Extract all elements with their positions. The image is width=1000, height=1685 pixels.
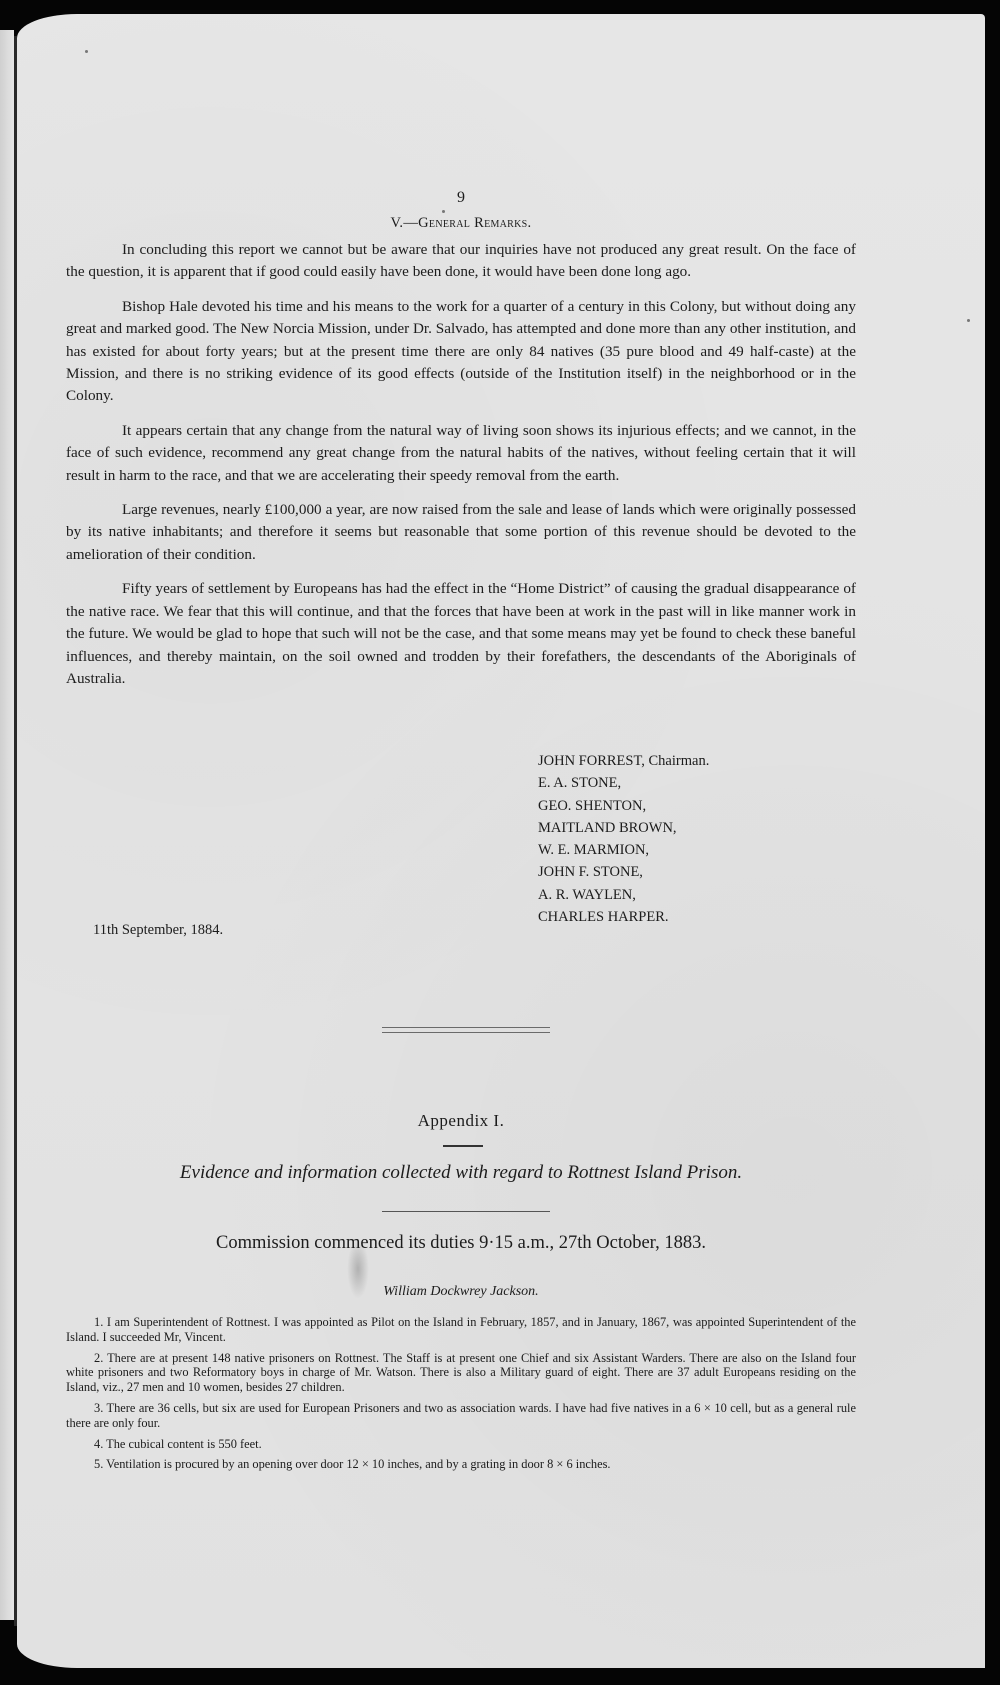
section-divider xyxy=(382,1027,550,1033)
signatory: JOHN FORREST, Chairman. xyxy=(538,750,709,772)
evidence-item: 1. I am Superintendent of Rottnest. I wa… xyxy=(66,1315,856,1345)
signatory: A. R. WAYLEN, xyxy=(538,884,709,906)
paragraph: Fifty years of settlement by Europeans h… xyxy=(66,578,856,690)
commission-line: Commission commenced its duties 9·15 a.m… xyxy=(66,1233,856,1254)
paragraph: Large revenues, nearly £100,000 a year, … xyxy=(66,499,856,566)
signatory: CHARLES HARPER. xyxy=(538,906,709,928)
signatory: W. E. MARMION, xyxy=(538,839,709,861)
signatory: MAITLAND BROWN, xyxy=(538,817,709,839)
paragraph: In concluding this report we cannot but … xyxy=(66,239,856,284)
appendix-title: Appendix I. xyxy=(66,1111,856,1131)
page-number: 9 xyxy=(66,189,856,207)
scan-speck xyxy=(967,319,970,322)
scan-speck xyxy=(442,210,445,213)
section-title: V.—General Remarks. xyxy=(66,215,856,232)
signatory-list: JOHN FORREST, Chairman. E. A. STONE, GEO… xyxy=(538,750,709,928)
report-date: 11th September, 1884. xyxy=(93,922,223,939)
title-rule xyxy=(443,1145,483,1147)
subtitle-rule xyxy=(382,1211,550,1212)
evidence-item: 5. Ventilation is procured by an opening… xyxy=(66,1457,856,1472)
signatory: JOHN F. STONE, xyxy=(538,861,709,883)
evidence-item: 4. The cubical content is 550 feet. xyxy=(66,1437,856,1452)
signatory: GEO. SHENTON, xyxy=(538,795,709,817)
signatory: E. A. STONE, xyxy=(538,772,709,794)
general-remarks-body: In concluding this report we cannot but … xyxy=(66,239,856,702)
scan-speck xyxy=(85,50,88,53)
appendix-subtitle: Evidence and information collected with … xyxy=(66,1162,856,1184)
previous-page-edge xyxy=(0,30,14,1620)
paragraph: Bishop Hale devoted his time and his mea… xyxy=(66,296,856,408)
document-page: 9 V.—General Remarks. In concluding this… xyxy=(17,14,985,1668)
witness-name: William Dockwrey Jackson. xyxy=(66,1284,856,1300)
evidence-item: 2. There are at present 148 native priso… xyxy=(66,1351,856,1395)
evidence-item: 3. There are 36 cells, but six are used … xyxy=(66,1401,856,1431)
evidence-list: 1. I am Superintendent of Rottnest. I wa… xyxy=(66,1315,856,1478)
paragraph: It appears certain that any change from … xyxy=(66,420,856,487)
